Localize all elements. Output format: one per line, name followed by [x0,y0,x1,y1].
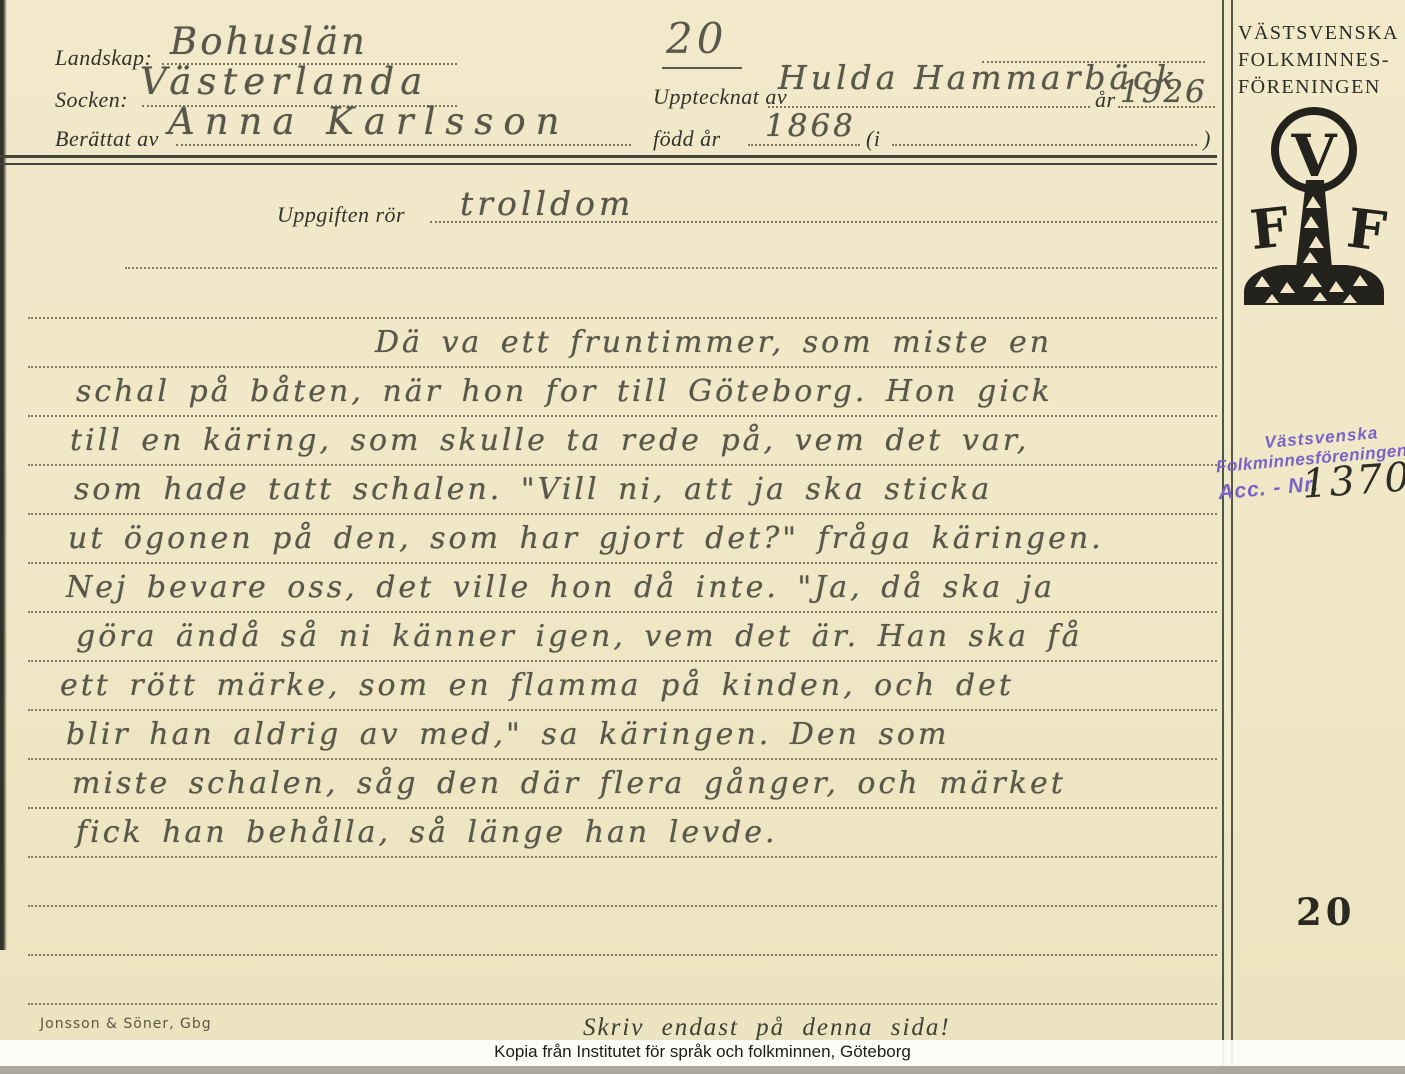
org-name-line: VÄSTSVENSKA [1238,20,1402,47]
fodd-ar-value-handwritten: 1868 [765,108,856,144]
ruled-line [28,562,1217,564]
handwriting-line: fick han behålla, så länge han levde. [76,815,778,850]
handwriting-line: göra ändå så ni känner igen, vem det är.… [76,619,1083,654]
landskap-value-handwritten: Bohuslän [170,20,368,63]
handwriting-line: blir han aldrig av med," sa käringen. De… [66,717,949,752]
handwriting-line: schal på båten, när hon for till Götebor… [76,374,1053,409]
org-name-line: FOLKMINNES- [1238,47,1402,74]
ruled-line [28,954,1217,956]
handwriting-line: Dä va ett fruntimmer, som miste en [375,325,1052,360]
ruled-line [28,1003,1217,1005]
berattat-av-label: Berättat av [55,126,159,152]
fodd-ar-dotted-line [748,144,860,146]
page-number-handwritten: 20 [666,14,727,63]
page-number-stamp: 20 [1296,890,1356,934]
ruled-line [28,611,1217,613]
handwriting-line: som hade tatt schalen. "Vill ni, att ja … [74,472,992,507]
accession-number-handwritten: 1370 [1301,454,1405,508]
uppgiften-ror-label: Uppgiften rör [277,202,405,228]
ruled-line [125,267,1217,269]
socken-label: Socken: [55,87,128,113]
landskap-label: Landskap: [55,45,152,71]
socken-value-handwritten: Västerlanda [140,60,428,103]
handwriting-line: ut ögonen på den, som har gjort det?" fr… [68,521,1104,556]
logo-letter-f-left: F [1247,194,1292,262]
organization-name: VÄSTSVENSKA FOLKMINNES- FÖRENINGEN [1238,20,1402,101]
printer-imprint: Jonsson & Söner, Gbg [40,1016,212,1032]
fodd-ar-label: född år [653,126,721,152]
ar-label: år [1095,87,1116,113]
paren-close-label: ) [1203,126,1211,152]
ruled-line [28,415,1217,417]
scan-edge-shadow [0,0,7,950]
ruled-line [28,660,1217,662]
berattat-av-dotted-line [176,144,631,146]
logo-letter-f-right: F [1344,196,1390,264]
handwriting-line: Nej bevare oss, det ville hon då inte. "… [66,570,1055,605]
ruled-line [28,366,1217,368]
birthplace-dotted-line [892,144,1197,146]
scan-bottom-edge [0,1066,1405,1074]
write-only-this-side-note: Skriv endast på denna sida! [583,1014,951,1042]
ruled-line [28,856,1217,858]
ruled-line [28,807,1217,809]
ruled-line [28,513,1217,515]
ruled-line [28,317,1217,319]
archive-copy-note: Kopia från Institutet för språk och folk… [0,1042,1405,1062]
paren-open-label: (i [866,126,880,152]
berattat-av-value-handwritten: Anna Karlsson [168,100,570,143]
header-double-rule [0,155,1217,165]
ruled-line [28,464,1217,466]
vff-thor-hammer-logo: V F F [1232,100,1404,322]
ruled-line [28,709,1217,711]
logo-letter-v: V [1290,122,1337,190]
ruled-line [28,758,1217,760]
ar-value-handwritten: 1926 [1120,74,1207,110]
handwriting-line: miste schalen, såg den där flera gånger,… [72,766,1066,801]
handwriting-line: ett rött märke, som en flamma på kinden,… [60,668,1014,703]
handwriting-line: till en käring, som skulle ta rede på, v… [70,423,1029,458]
document-page: Landskap: Bohuslän Socken: Västerlanda B… [0,0,1405,1074]
page-number-underline [662,67,742,69]
subject-value-handwritten: trolldom [460,184,634,223]
org-name-line: FÖRENINGEN [1238,74,1402,101]
ruled-line [28,905,1217,907]
